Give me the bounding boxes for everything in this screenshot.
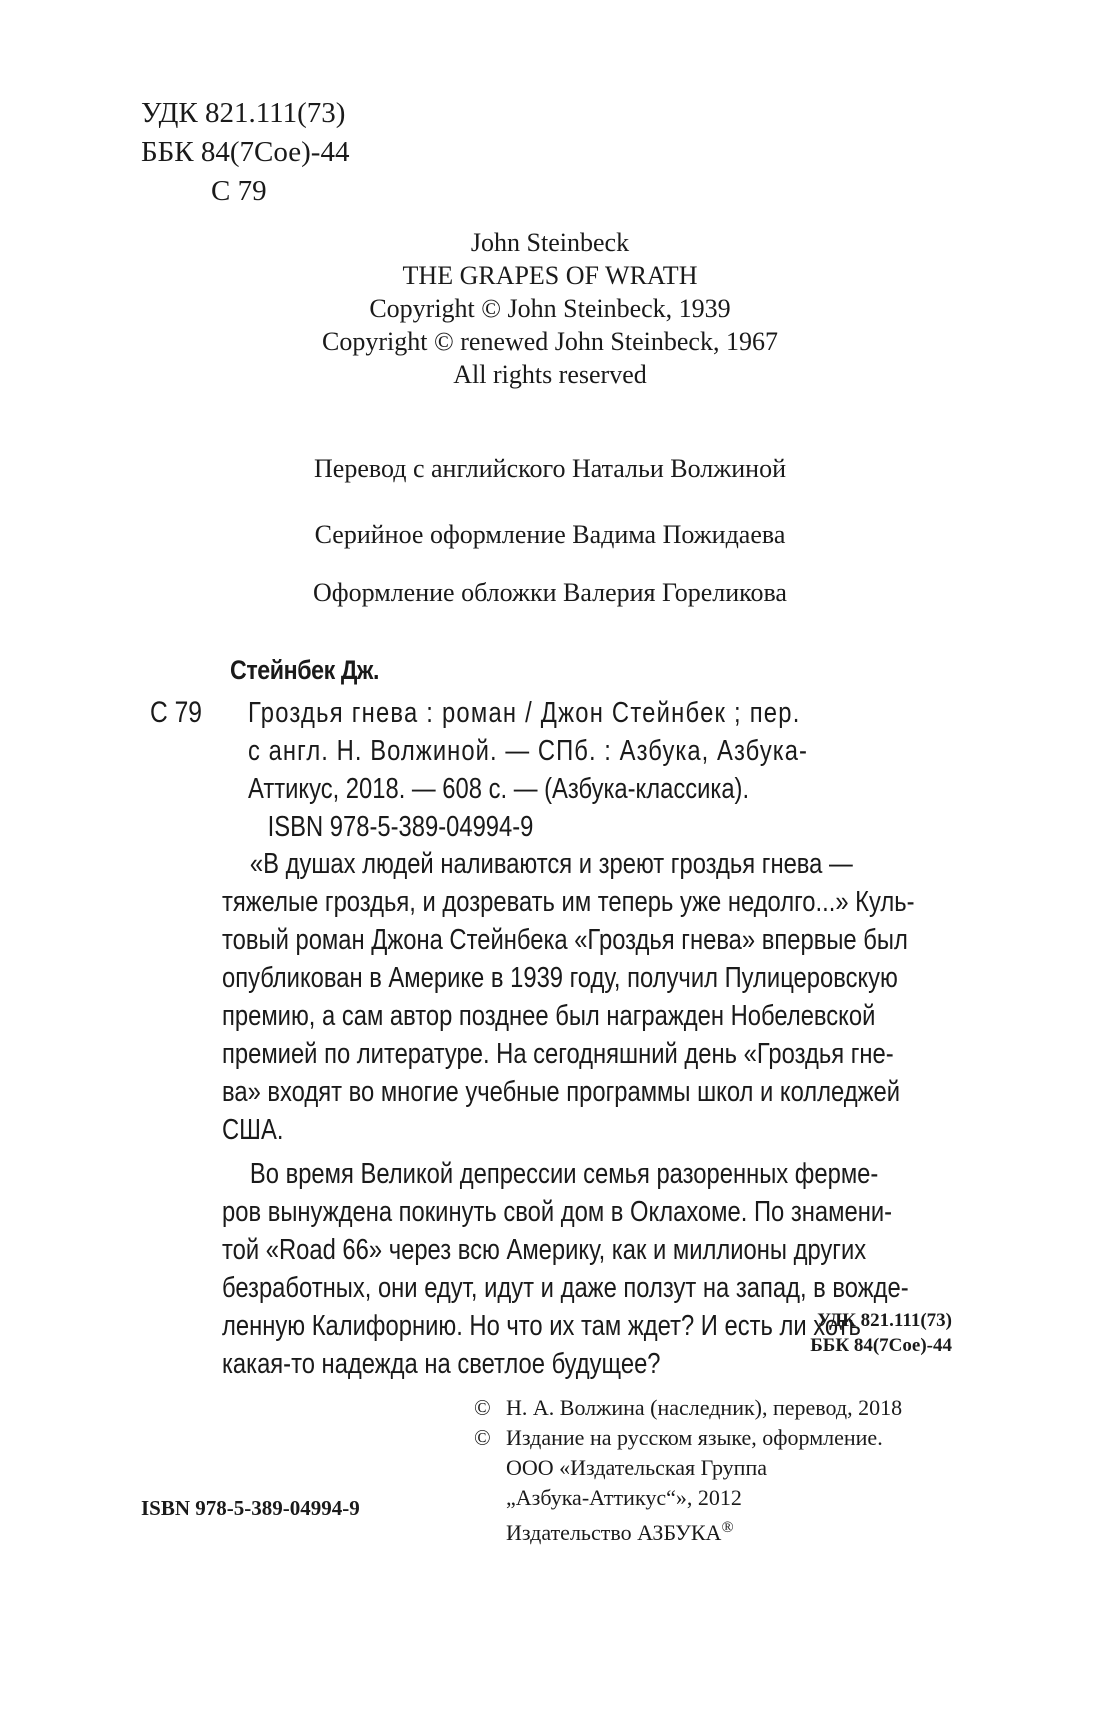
biblio-line: с англ. Н. Волжиной. — СПб. : Азбука, Аз… (248, 732, 773, 770)
series-design-credit: Серийное оформление Вадима Пожидаева (0, 520, 1100, 550)
publisher-line-1: ООО «Издательская Группа (506, 1453, 767, 1483)
original-title: THE GRAPES OF WRATH (0, 259, 1100, 292)
annotation-line: тяжелые гроздья, и дозревать им теперь у… (222, 883, 816, 921)
bibliographic-description: Гроздья гнева : роман / Джон Стейнбек ; … (248, 694, 888, 846)
bbk-code: ББК 84(7Сое)-44 (141, 133, 349, 172)
annotation-line: товый роман Джона Стейнбека «Гроздья гне… (222, 921, 816, 959)
biblio-line: Аттикус, 2018. — 608 с. — (Азбука-класси… (248, 770, 773, 808)
bibliographic-author: Стейнбек Дж. (230, 655, 379, 686)
biblio-isbn: ISBN 978-5-389-04994-9 (248, 808, 773, 846)
annotation-paragraph-1: «В душах людей наливаются и зреют гроздь… (222, 845, 946, 1149)
publisher-row-1: ООО «Издательская Группа (474, 1453, 902, 1483)
annotation-line: «В душах людей наливаются и зреют гроздь… (222, 845, 816, 883)
annotation-line: ва» входят во многие учебные программы ш… (222, 1073, 816, 1111)
annotation-line: какая-то надежда на светлое будущее? (222, 1345, 816, 1383)
original-author: John Steinbeck (0, 226, 1100, 259)
annotation-line: ленную Калифорнию. Но что их там ждет? И… (222, 1307, 816, 1345)
copyright-icon: © (474, 1423, 506, 1453)
copyright-notices: © Н. А. Волжина (наследник), перевод, 20… (474, 1393, 902, 1548)
call-number: С 79 (150, 696, 202, 730)
annotation-line: премию, а сам автор позднее был награжде… (222, 997, 816, 1035)
registered-mark-icon: ® (721, 1519, 733, 1536)
footer-udk-code: УДК 821.111(73) (782, 1308, 952, 1333)
annotation-line: Во время Великой депрессии семья разорен… (222, 1155, 816, 1193)
biblio-line: Гроздья гнева : роман / Джон Стейнбек ; … (248, 694, 773, 732)
footer-isbn: ISBN 978-5-389-04994-9 (141, 1496, 360, 1521)
footer-bbk-code: ББК 84(7Сое)-44 (782, 1333, 952, 1358)
annotation-line: премией по литературе. На сегодняшний де… (222, 1035, 816, 1073)
annotation-line: безработных, они едут, идут и даже ползу… (222, 1269, 816, 1307)
copyright-translation: Н. А. Волжина (наследник), перевод, 2018 (506, 1393, 902, 1423)
publisher-line-2: „Азбука-Аттикус“», 2012 (506, 1483, 742, 1513)
copyright-edition: Издание на русском языке, оформление. (506, 1423, 883, 1453)
cover-design-credit: Оформление обложки Валерия Гореликова (0, 578, 1100, 608)
annotation: «В душах людей наливаются и зреют гроздь… (222, 845, 946, 1383)
classification-codes: УДК 821.111(73) ББК 84(7Сое)-44 С 79 (141, 94, 349, 211)
imprint-name: Издательство АЗБУКА (506, 1520, 721, 1545)
rights-reserved: All rights reserved (0, 358, 1100, 391)
copyright-icon: © (474, 1393, 506, 1423)
original-copyright-block: John Steinbeck THE GRAPES OF WRATH Copyr… (0, 226, 1100, 391)
original-copyright-renewed: Copyright © renewed John Steinbeck, 1967 (0, 325, 1100, 358)
footer-classification-codes: УДК 821.111(73) ББК 84(7Сое)-44 (782, 1308, 952, 1358)
annotation-line: той «Road 66» через всю Америку, как и м… (222, 1231, 816, 1269)
annotation-line: опубликован в Америке в 1939 году, получ… (222, 959, 816, 997)
copyright-translation-row: © Н. А. Волжина (наследник), перевод, 20… (474, 1393, 902, 1423)
annotation-line: ров вынуждена покинуть свой дом в Оклахо… (222, 1193, 816, 1231)
publisher-row-2: „Азбука-Аттикус“», 2012 (474, 1483, 902, 1513)
author-mark: С 79 (141, 172, 349, 211)
imprint: Издательство АЗБУКА® (506, 1513, 734, 1548)
original-copyright: Copyright © John Steinbeck, 1939 (0, 292, 1100, 325)
imprint-row: Издательство АЗБУКА® (474, 1513, 902, 1548)
annotation-line: США. (222, 1111, 816, 1149)
udk-code: УДК 821.111(73) (141, 94, 349, 133)
copyright-edition-row: © Издание на русском языке, оформление. (474, 1423, 902, 1453)
translation-credit: Перевод с английского Натальи Волжиной (0, 454, 1100, 484)
